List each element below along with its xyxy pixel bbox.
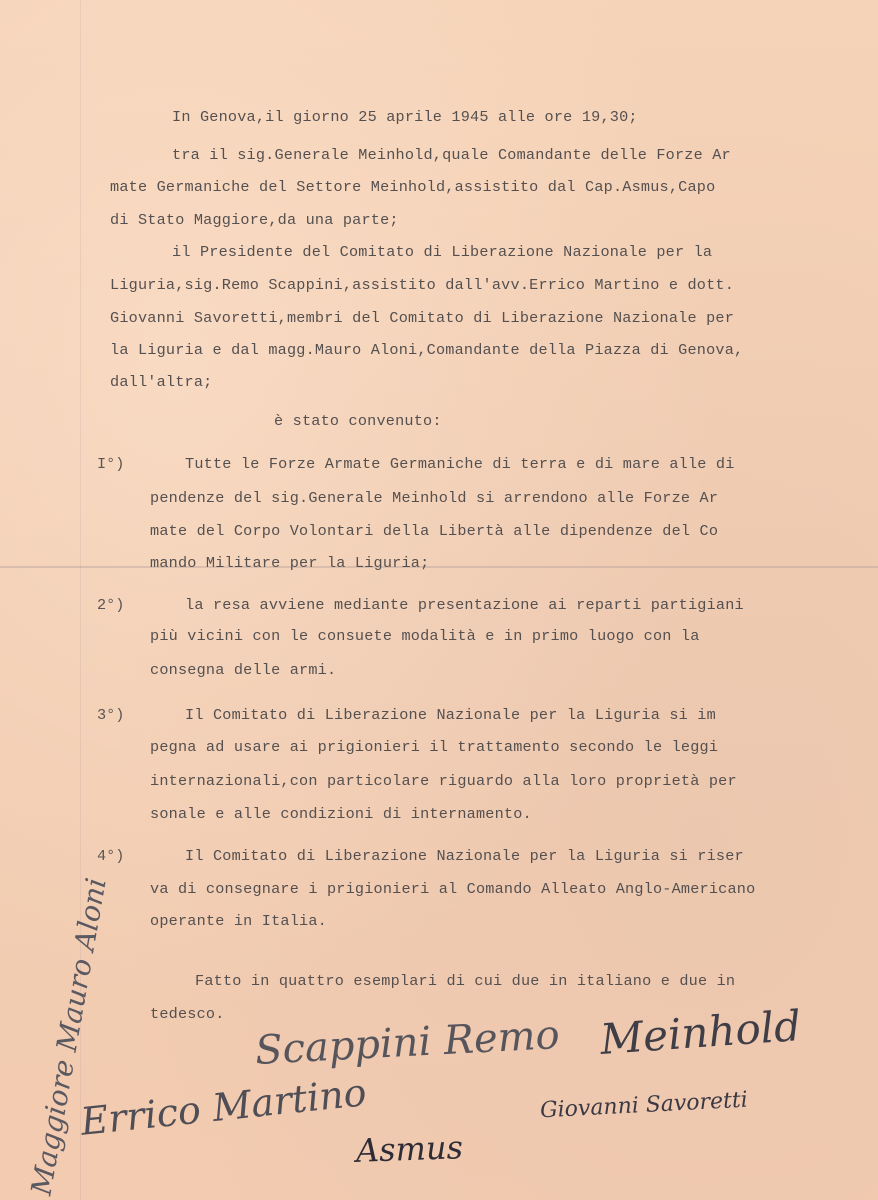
signature-aloni-margin: Maggiore Mauro Aloni xyxy=(25,875,113,1197)
fold-line xyxy=(0,566,878,568)
preamble-line: mate Germaniche del Settore Meinhold,ass… xyxy=(110,178,715,196)
article-number: 2°) xyxy=(97,596,124,614)
signature-asmus: Asmus xyxy=(355,1128,463,1170)
article-line: mate del Corpo Volontari della Libertà a… xyxy=(150,522,718,540)
article-line: pegna ad usare ai prigionieri il trattam… xyxy=(150,738,718,756)
article-line: internazionali,con particolare riguardo … xyxy=(150,772,737,790)
preamble-line: Liguria,sig.Remo Scappini,assistito dall… xyxy=(110,276,734,294)
article-line: Il Comitato di Liberazione Nazionale per… xyxy=(185,706,716,724)
article-number: I°) xyxy=(97,455,124,473)
article-line: la resa avviene mediante presentazione a… xyxy=(185,596,744,614)
article-line: sonale e alle condizioni di internamento… xyxy=(150,805,532,823)
article-line: mando Militare per la Liguria; xyxy=(150,554,429,572)
article-line: pendenze del sig.Generale Meinhold si ar… xyxy=(150,489,718,507)
preamble-line: tra il sig.Generale Meinhold,quale Coman… xyxy=(172,146,731,164)
article-number: 3°) xyxy=(97,706,124,724)
agreement-heading: è stato convenuto: xyxy=(274,412,442,430)
closing-line: tedesco. xyxy=(150,1005,225,1023)
article-line: Il Comitato di Liberazione Nazionale per… xyxy=(185,847,744,865)
preamble-line: In Genova,il giorno 25 aprile 1945 alle … xyxy=(172,108,638,126)
signature-scappini: Scappini Remo xyxy=(254,1012,561,1074)
signature-meinhold: Meinhold xyxy=(599,1001,803,1064)
preamble-line: dall'altra; xyxy=(110,373,212,391)
closing-line: Fatto in quattro esemplari di cui due in… xyxy=(195,972,735,990)
article-line: operante in Italia. xyxy=(150,912,327,930)
article-line: va di consegnare i prigionieri al Comand… xyxy=(150,880,755,898)
article-line: Tutte le Forze Armate Germaniche di terr… xyxy=(185,455,735,473)
preamble-line: la Liguria e dal magg.Mauro Aloni,Comand… xyxy=(110,341,743,359)
signature-savoretti: Giovanni Savoretti xyxy=(539,1088,748,1124)
article-number: 4°) xyxy=(97,847,124,865)
preamble-line: di Stato Maggiore,da una parte; xyxy=(110,211,399,229)
article-line: più vicini con le consuete modalità e in… xyxy=(150,627,700,645)
preamble-line: il Presidente del Comitato di Liberazion… xyxy=(172,243,712,261)
signature-martino: Errico Martino xyxy=(78,1070,368,1144)
preamble-line: Giovanni Savoretti,membri del Comitato d… xyxy=(110,309,734,327)
article-line: consegna delle armi. xyxy=(150,661,336,679)
